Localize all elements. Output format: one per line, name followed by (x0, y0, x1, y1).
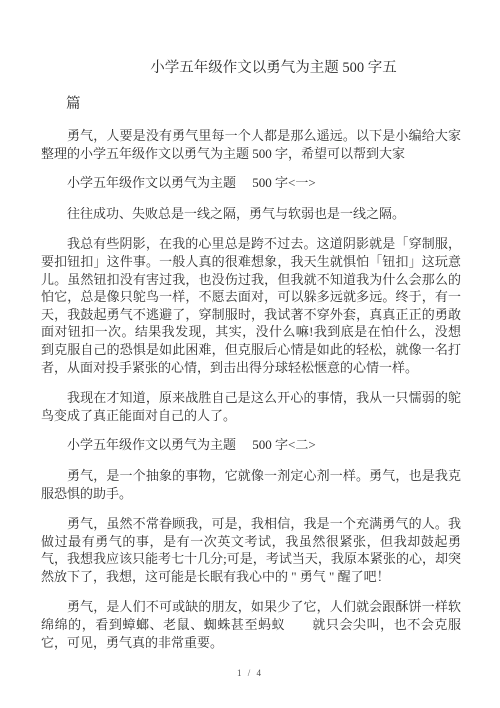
document-title: 小学五年级作文以勇气为主题 500 字五 (41, 58, 461, 78)
essay-two-paragraph-1: 勇气，是一个抽象的事物，它就像一剂定心剂一样。勇气，也是我克服恐惧的助手。 (41, 467, 461, 502)
document-page: 小学五年级作文以勇气为主题 500 字五 篇 勇气，人要是没有勇气里每一个人都是… (0, 0, 500, 708)
essay-two-paragraph-3: 勇气，是人们不可或缺的朋友，如果少了它，人们就会跟酥饼一样软绵绵的，看到蟑螂、老… (41, 598, 461, 651)
essay-one-paragraph-2: 我总有些阴影，在我的心里总是跨不过去。这道阴影就是「穿制服，要扣钮扣」这件事。一… (41, 235, 461, 376)
intro-paragraph: 勇气，人要是没有勇气里每一个人都是那么遥远。以下是小编给大家整理的小学五年级作文… (41, 127, 461, 162)
essay-one-paragraph-3: 我现在才知道，原来战胜自己是这么开心的事情，我从一只懦弱的鸵鸟变成了真正能面对自… (41, 389, 461, 424)
section-heading-two: 小学五年级作文以勇气为主题 500 字<二> (41, 436, 461, 454)
document-content: 小学五年级作文以勇气为主题 500 字五 篇 勇气，人要是没有勇气里每一个人都是… (41, 0, 461, 651)
document-title-wrap: 篇 (66, 94, 461, 114)
essay-two-paragraph-2: 勇气，虽然不常眷顾我，可是，我相信，我是一个充满勇气的人。我做过最有勇气的事，是… (41, 515, 461, 585)
section-heading-one: 小学五年级作文以勇气为主题 500 字<一> (41, 174, 461, 192)
page-number-indicator: 1 / 4 (0, 668, 500, 678)
essay-one-paragraph-1: 往往成功、失败总是一线之隔，勇气与软弱也是一线之隔。 (41, 205, 461, 223)
